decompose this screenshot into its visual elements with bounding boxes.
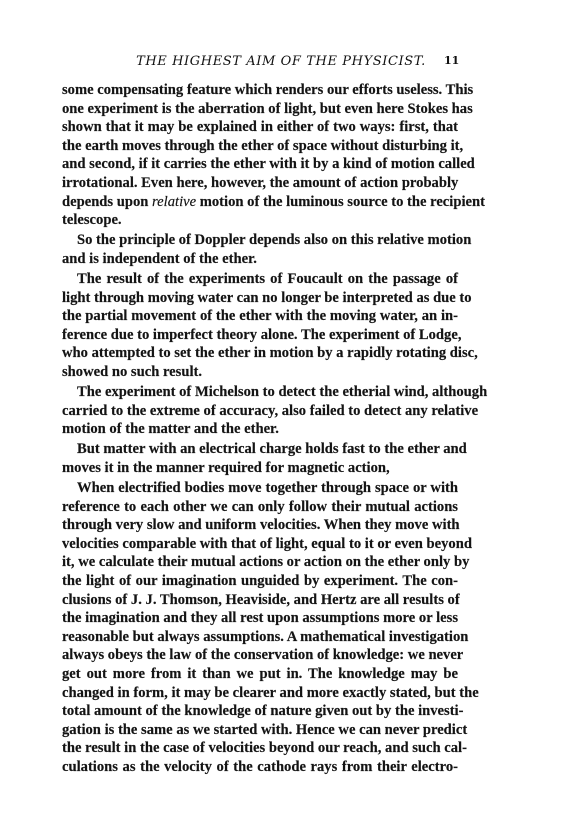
text-line: ference due to imperfect theory alone. T… <box>62 326 458 345</box>
text-line: and second, if it carries the ether with… <box>62 155 458 174</box>
paragraph: some compensating feature which renders … <box>62 81 458 230</box>
text-line: always obeys the law of the conservation… <box>62 646 458 665</box>
text-line: total amount of the knowledge of nature … <box>62 702 458 721</box>
page-number: 11 <box>444 54 459 67</box>
text-line: the light of our imagination unguided by… <box>62 572 458 591</box>
paragraph: The result of the experiments of Foucaul… <box>62 270 458 382</box>
text-line: When electrified bodies move together th… <box>62 479 458 498</box>
paragraph: The experiment of Michelson to detect th… <box>62 383 458 439</box>
text-line: some compensating feature which renders … <box>62 81 458 100</box>
book-page: THE HIGHEST AIM OF THE PHYSICIST. 11 som… <box>0 0 576 838</box>
paragraph: When electrified bodies move together th… <box>62 479 458 777</box>
text-line: light through moving water can no longer… <box>62 289 458 308</box>
text-line: it, we calculate their mutual actions or… <box>62 553 458 572</box>
text-line: depends upon relative motion of the lumi… <box>62 193 458 212</box>
text-line: the partial movement of the ether with t… <box>62 307 458 326</box>
text-line: moves it in the manner required for magn… <box>62 459 458 478</box>
text-line: reference to each other we can only foll… <box>62 498 458 517</box>
paragraph: So the principle of Doppler depends also… <box>62 231 458 268</box>
text-line: the imagination and they all rest upon a… <box>62 609 458 628</box>
paragraph: But matter with an electrical charge hol… <box>62 440 458 477</box>
text-line: So the principle of Doppler depends also… <box>62 231 458 250</box>
text-line: showed no such result. <box>62 363 458 382</box>
text-line: shown that it may be explained in either… <box>62 118 458 137</box>
text-line: velocities comparable with that of light… <box>62 535 458 554</box>
text-line: culations as the velocity of the cathode… <box>62 758 458 777</box>
text-line: reasonable but always assumptions. A mat… <box>62 628 458 647</box>
text-line: irrotational. Even here, however, the am… <box>62 174 458 193</box>
text-line: changed in form, it may be clearer and m… <box>62 684 458 703</box>
text-line: the earth moves through the ether of spa… <box>62 137 458 156</box>
emphasis: relative <box>152 194 196 210</box>
page-header: THE HIGHEST AIM OF THE PHYSICIST. 11 <box>0 54 576 74</box>
text-line: The experiment of Michelson to detect th… <box>62 383 458 402</box>
text-line: get out more from it than we put in. The… <box>62 665 458 684</box>
text-line: motion of the matter and the ether. <box>62 420 458 439</box>
text-line: the result in the case of velocities bey… <box>62 739 458 758</box>
body-text: some compensating feature which renders … <box>62 81 458 776</box>
text-line: clusions of J. J. Thomson, Heaviside, an… <box>62 591 458 610</box>
text-line: gation is the same as we started with. H… <box>62 721 458 740</box>
text-line: one experiment is the aberration of ligh… <box>62 100 458 119</box>
text-line: carried to the extreme of accuracy, also… <box>62 402 458 421</box>
text-line: through very slow and uniform velocities… <box>62 516 458 535</box>
running-title: THE HIGHEST AIM OF THE PHYSICIST. <box>130 54 432 69</box>
text-line: But matter with an electrical charge hol… <box>62 440 458 459</box>
text-line: and is independent of the ether. <box>62 250 458 269</box>
text-line: who attempted to set the ether in motion… <box>62 344 458 363</box>
text-line: The result of the experiments of Foucaul… <box>62 270 458 289</box>
text-line: telescope. <box>62 211 458 230</box>
